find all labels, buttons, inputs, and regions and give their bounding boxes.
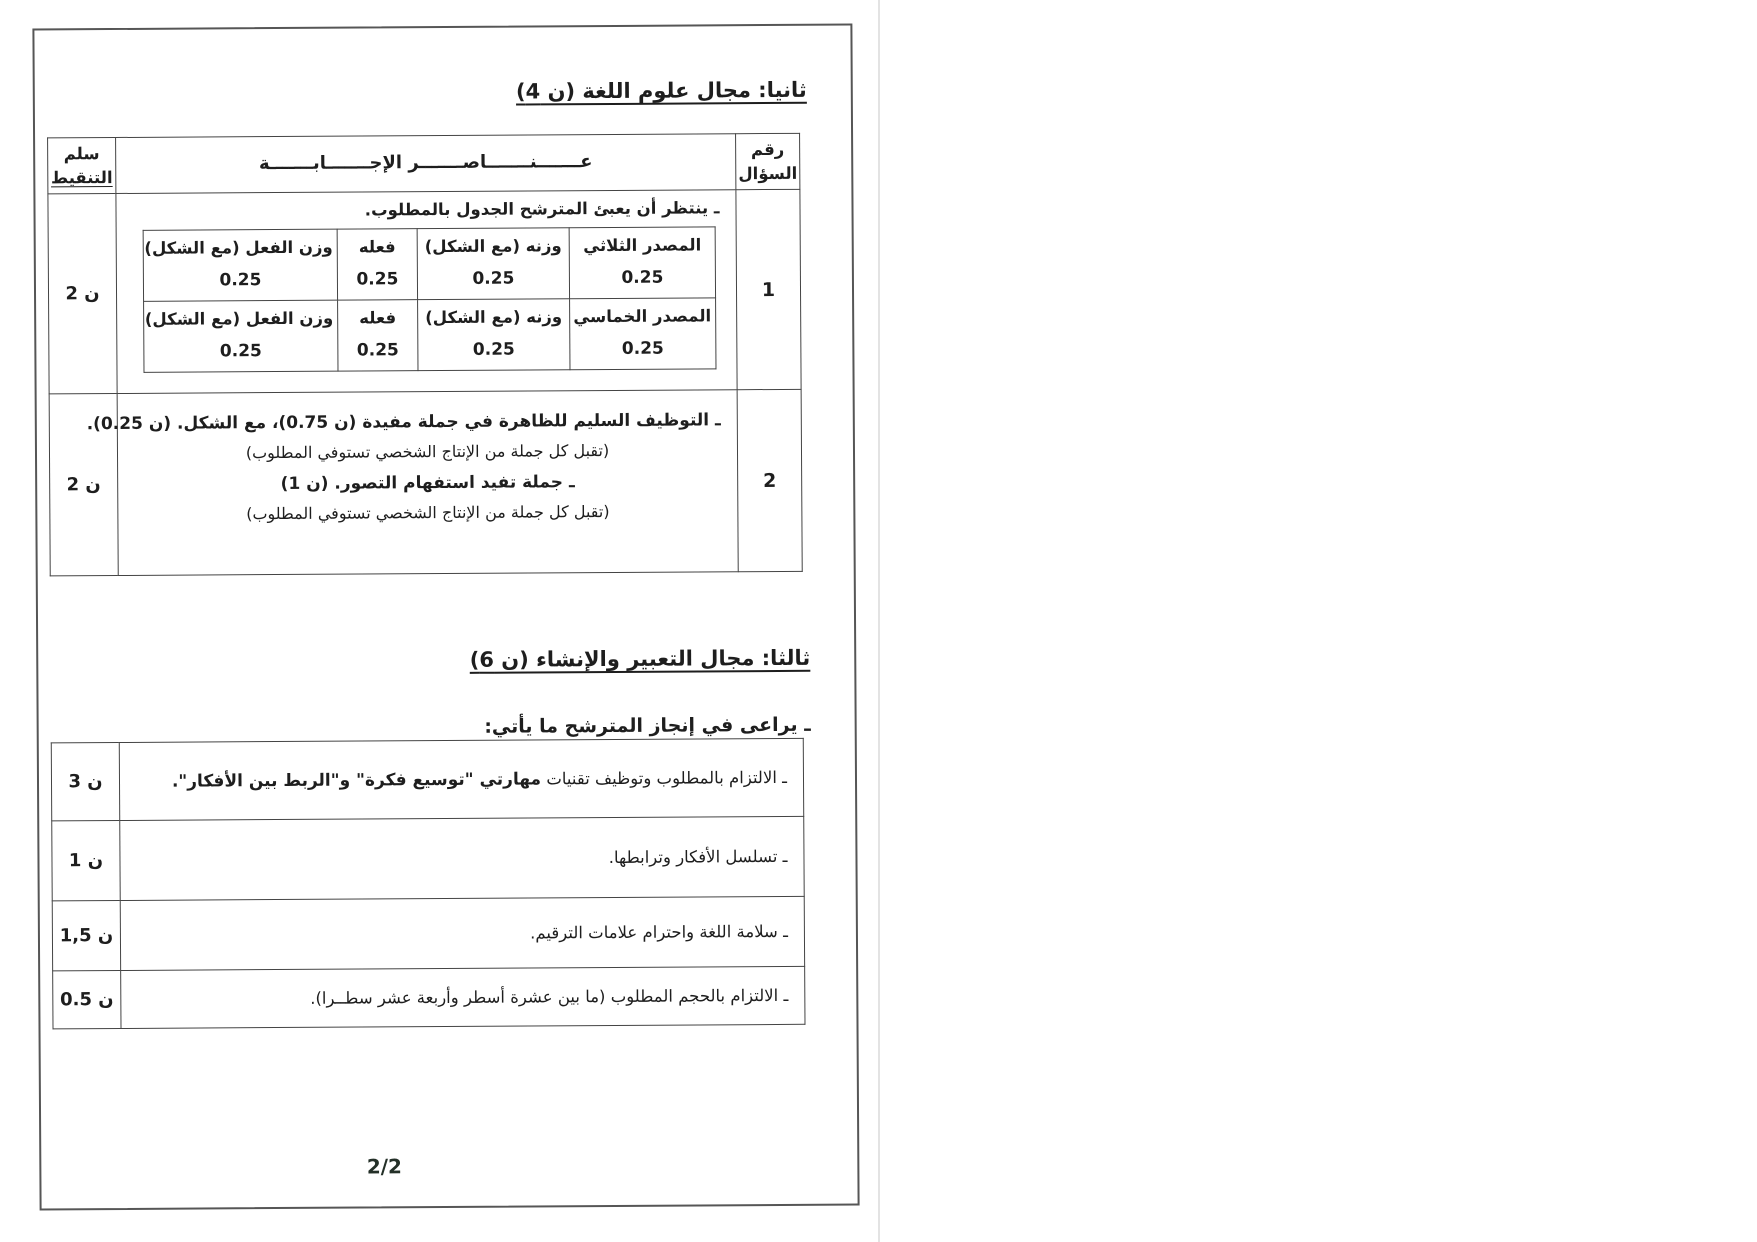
criterion-lead: ـ سلامة اللغة واحترام علامات الترقيم. [530,921,788,942]
criterion-row: ـ تسلسل الأفكار وترابطها. 1 ن [52,816,804,901]
table-header-row: رقم السؤال عـــــــنـــــــاصـــــــر ال… [48,133,800,194]
criterion-lead: ـ تسلسل الأفكار وترابطها. [609,846,788,866]
grid-cell: فعله 0.25 [337,229,417,300]
grid-row-trilateral: المصدر الثلاثي 0.25 وزنه (مع الشكل) 0.25… [143,227,715,301]
criterion-row: ـ الالتزام بالمطلوب وتوظيف تقنيات مهارتي… [51,738,803,821]
language-sciences-marking-table: رقم السؤال عـــــــنـــــــاصـــــــر ال… [47,133,803,577]
page-number: 2/2 [339,1154,429,1179]
question-2-line-2: (تقبل كل جملة من الإنتاج الشخصي تستوفي ا… [126,432,729,465]
scanned-document-canvas: ثانيا: مجال علوم اللغة (ن 4) رقم السؤال … [0,0,1757,1242]
section-title-language-sciences: ثانيا: مجال علوم اللغة (ن 4) [516,78,807,104]
criterion-text: ـ الالتزام بالمطلوب وتوظيف تقنيات مهارتي… [119,738,803,820]
question-1-number: 1 [736,189,801,389]
grid-cell: المصدر الخماسي 0.25 [570,298,716,370]
criterion-lead: ـ الالتزام بالحجم المطلوب (ما بين عشرة أ… [310,985,788,1007]
grid-cell: المصدر الثلاثي 0.25 [569,227,715,299]
criterion-row: ـ سلامة اللغة واحترام علامات الترقيم. 1,… [52,896,804,971]
scanner-shadow-line [878,0,880,1242]
question-2-line-3: ـ جملة تفيد استفهام التصور. (ن 1) [126,461,729,497]
question-2-line-1: ـ التوظيف السليم للظاهرة في جملة مفيدة (… [126,400,729,436]
question-1-answer-cell: ـ ينتظر أن يعبئ المترشح الجدول بالمطلوب.… [116,190,737,394]
criterion-text: ـ تسلسل الأفكار وترابطها. [120,816,804,900]
question-2-answer-cell: ـ التوظيف السليم للظاهرة في جملة مفيدة (… [117,390,738,576]
question-2-row: 2 ـ التوظيف السليم للظاهرة في جملة مفيدة… [49,389,802,576]
section-title-expression-composition: ثالثا: مجال التعبير والإنشاء (ن 6) [470,646,811,672]
grid-cell: وزن الفعل (مع الشكل) 0.25 [144,300,338,372]
criterion-text: ـ سلامة اللغة واحترام علامات الترقيم. [120,896,804,970]
criterion-score: 1 ن [52,820,120,900]
criterion-row: ـ الالتزام بالحجم المطلوب (ما بين عشرة أ… [53,966,805,1029]
question-2-number: 2 [737,389,802,571]
expression-criteria-table: ـ الالتزام بالمطلوب وتوظيف تقنيات مهارتي… [51,738,806,1030]
criterion-lead: ـ الالتزام بالمطلوب وتوظيف تقنيات [541,767,787,788]
grid-cell: وزن الفعل (مع الشكل) 0.25 [143,229,337,301]
criterion-score: 3 ن [51,742,119,820]
expression-instructions: ـ يراعى في إنجاز المترشح ما يأتي: [484,714,811,738]
document-page: ثانيا: مجال علوم اللغة (ن 4) رقم السؤال … [32,24,859,1211]
question-1-score: 2 ن [48,194,117,394]
criterion-emphasis: مهارتي "توسيع فكرة" و"الربط بين الأفكار"… [172,769,541,791]
question-1-intro: ـ ينتظر أن يعبئ المترشح الجدول بالمطلوب. [124,194,727,223]
conjugation-grid: المصدر الثلاثي 0.25 وزنه (مع الشكل) 0.25… [143,226,717,372]
criterion-text: ـ الالتزام بالحجم المطلوب (ما بين عشرة أ… [121,966,805,1028]
criterion-score: 1,5 ن [52,900,120,970]
header-scoring-scale: سلم التنقيط [48,138,116,194]
question-2-line-4: (تقبل كل جملة من الإنتاج الشخصي تستوفي ا… [126,493,729,526]
grid-cell: فعله 0.25 [338,300,418,371]
grid-row-quinqueliteral: المصدر الخماسي 0.25 وزنه (مع الشكل) 0.25… [144,298,716,372]
grid-cell: وزنه (مع الشكل) 0.25 [417,228,569,300]
grid-cell: وزنه (مع الشكل) 0.25 [418,299,570,371]
header-question-number: رقم السؤال [736,133,800,189]
header-answer-elements: عـــــــنـــــــاصـــــــر الإجـــــــاب… [116,134,736,194]
question-1-row: 1 ـ ينتظر أن يعبئ المترشح الجدول بالمطلو… [48,189,801,394]
criterion-score: 0.5 ن [53,970,121,1028]
